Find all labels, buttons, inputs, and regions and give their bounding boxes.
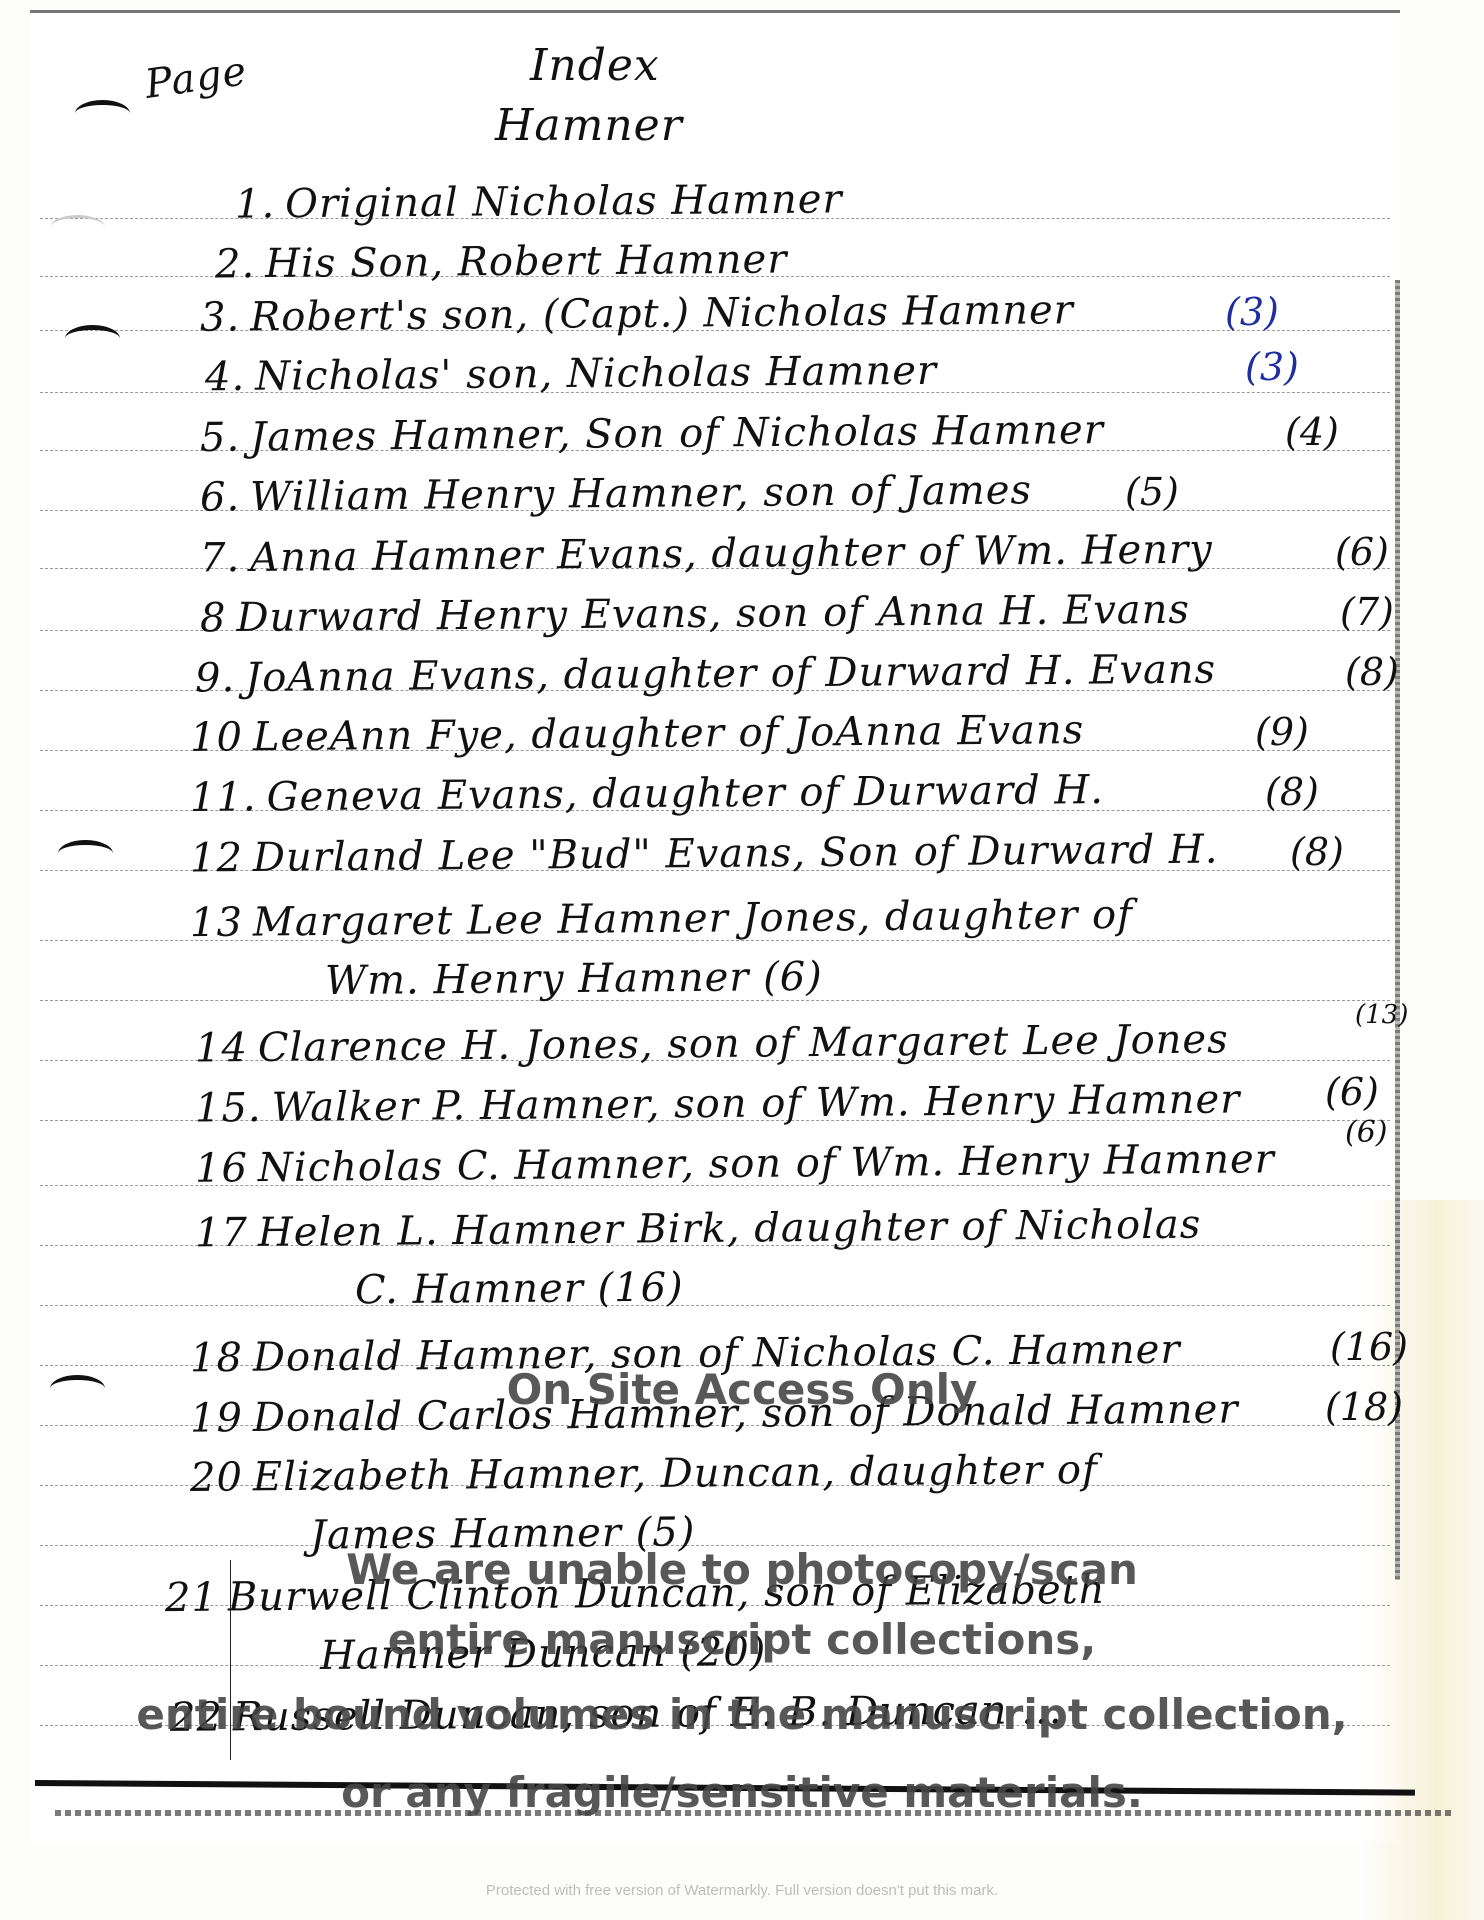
parent-reference: (7) xyxy=(1340,590,1394,634)
index-entry: 6.William Henry Hamner, son of James xyxy=(200,466,1032,521)
watermark-footer: Protected with free version of Watermark… xyxy=(0,1882,1484,1899)
page-title: Index xyxy=(530,40,660,91)
index-entry: 7.Anna Hamner Evans, daughter of Wm. Hen… xyxy=(200,526,1213,583)
index-entry: 13Margaret Lee Hamner Jones, daughter of xyxy=(190,891,1133,947)
hole-punch-mark xyxy=(58,840,113,867)
index-entry: 5.James Hamner, Son of Nicholas Hamner xyxy=(200,406,1104,462)
parent-reference: (8) xyxy=(1290,830,1344,874)
index-entry: 1.Original Nicholas Hamner xyxy=(235,175,843,228)
index-entry: 9.JoAnna Evans, daughter of Durward H. E… xyxy=(195,646,1217,703)
index-entry: 8Durward Henry Evans, son of Anna H. Eva… xyxy=(200,586,1190,643)
index-entry: 2.His Son, Robert Hamner xyxy=(215,236,788,289)
index-entry: 17Helen L. Hamner Birk, daughter of Nich… xyxy=(195,1201,1202,1258)
index-entry: 12Durland Lee "Bud" Evans, Son of Durwar… xyxy=(190,826,1219,883)
index-entry: 11.Geneva Evans, daughter of Durward H. xyxy=(190,766,1104,822)
index-entry: 16Nicholas C. Hamner, son of Wm. Henry H… xyxy=(195,1135,1275,1192)
parent-reference: (5) xyxy=(1125,470,1179,514)
index-entry-continuation: Wm. Henry Hamner (6) xyxy=(325,953,823,1005)
ruled-line xyxy=(40,1305,1390,1306)
watermark-line: On Site Access Only xyxy=(0,1365,1484,1414)
parent-reference: (13) xyxy=(1355,1000,1408,1030)
watermark-line: entire bound volumes in the manuscript c… xyxy=(0,1690,1484,1739)
index-entry: 20Elizabeth Hamner, Duncan, daughter of xyxy=(190,1446,1098,1502)
parent-reference: (6) xyxy=(1335,530,1389,574)
watermark-line: or any fragile/sensitive materials. xyxy=(0,1768,1484,1817)
parent-reference: (8) xyxy=(1265,770,1319,814)
parent-reference: (6) xyxy=(1345,1115,1388,1150)
parent-reference: (3) xyxy=(1245,345,1299,389)
parent-reference: (4) xyxy=(1285,410,1339,454)
parent-reference: (9) xyxy=(1255,710,1309,754)
index-entry-continuation: C. Hamner (16) xyxy=(355,1264,684,1315)
parent-reference: (6) xyxy=(1325,1070,1379,1114)
index-entry: 10LeeAnn Fye, daughter of JoAnna Evans xyxy=(190,706,1085,762)
hole-punch-mark xyxy=(75,100,130,127)
index-entry: 3.Robert's son, (Capt.) Nicholas Hamner xyxy=(200,286,1074,342)
parent-reference: (8) xyxy=(1345,650,1399,694)
watermark-line: entire manuscript collections, xyxy=(0,1615,1484,1664)
parent-reference: (3) xyxy=(1225,290,1279,334)
watermark-line: We are unable to photocopy/scan xyxy=(0,1545,1484,1594)
index-entry: 4.Nicholas' son, Nicholas Hamner xyxy=(205,347,937,401)
index-entry: 15.Walker P. Hamner, son of Wm. Henry Ha… xyxy=(195,1075,1241,1132)
page-subtitle: Hamner xyxy=(495,100,683,151)
hole-punch-mark xyxy=(65,325,120,352)
hole-punch-mark xyxy=(50,215,105,240)
index-entry: 14Clarence H. Jones, son of Margaret Lee… xyxy=(195,1015,1229,1072)
parent-reference: (16) xyxy=(1330,1325,1408,1369)
